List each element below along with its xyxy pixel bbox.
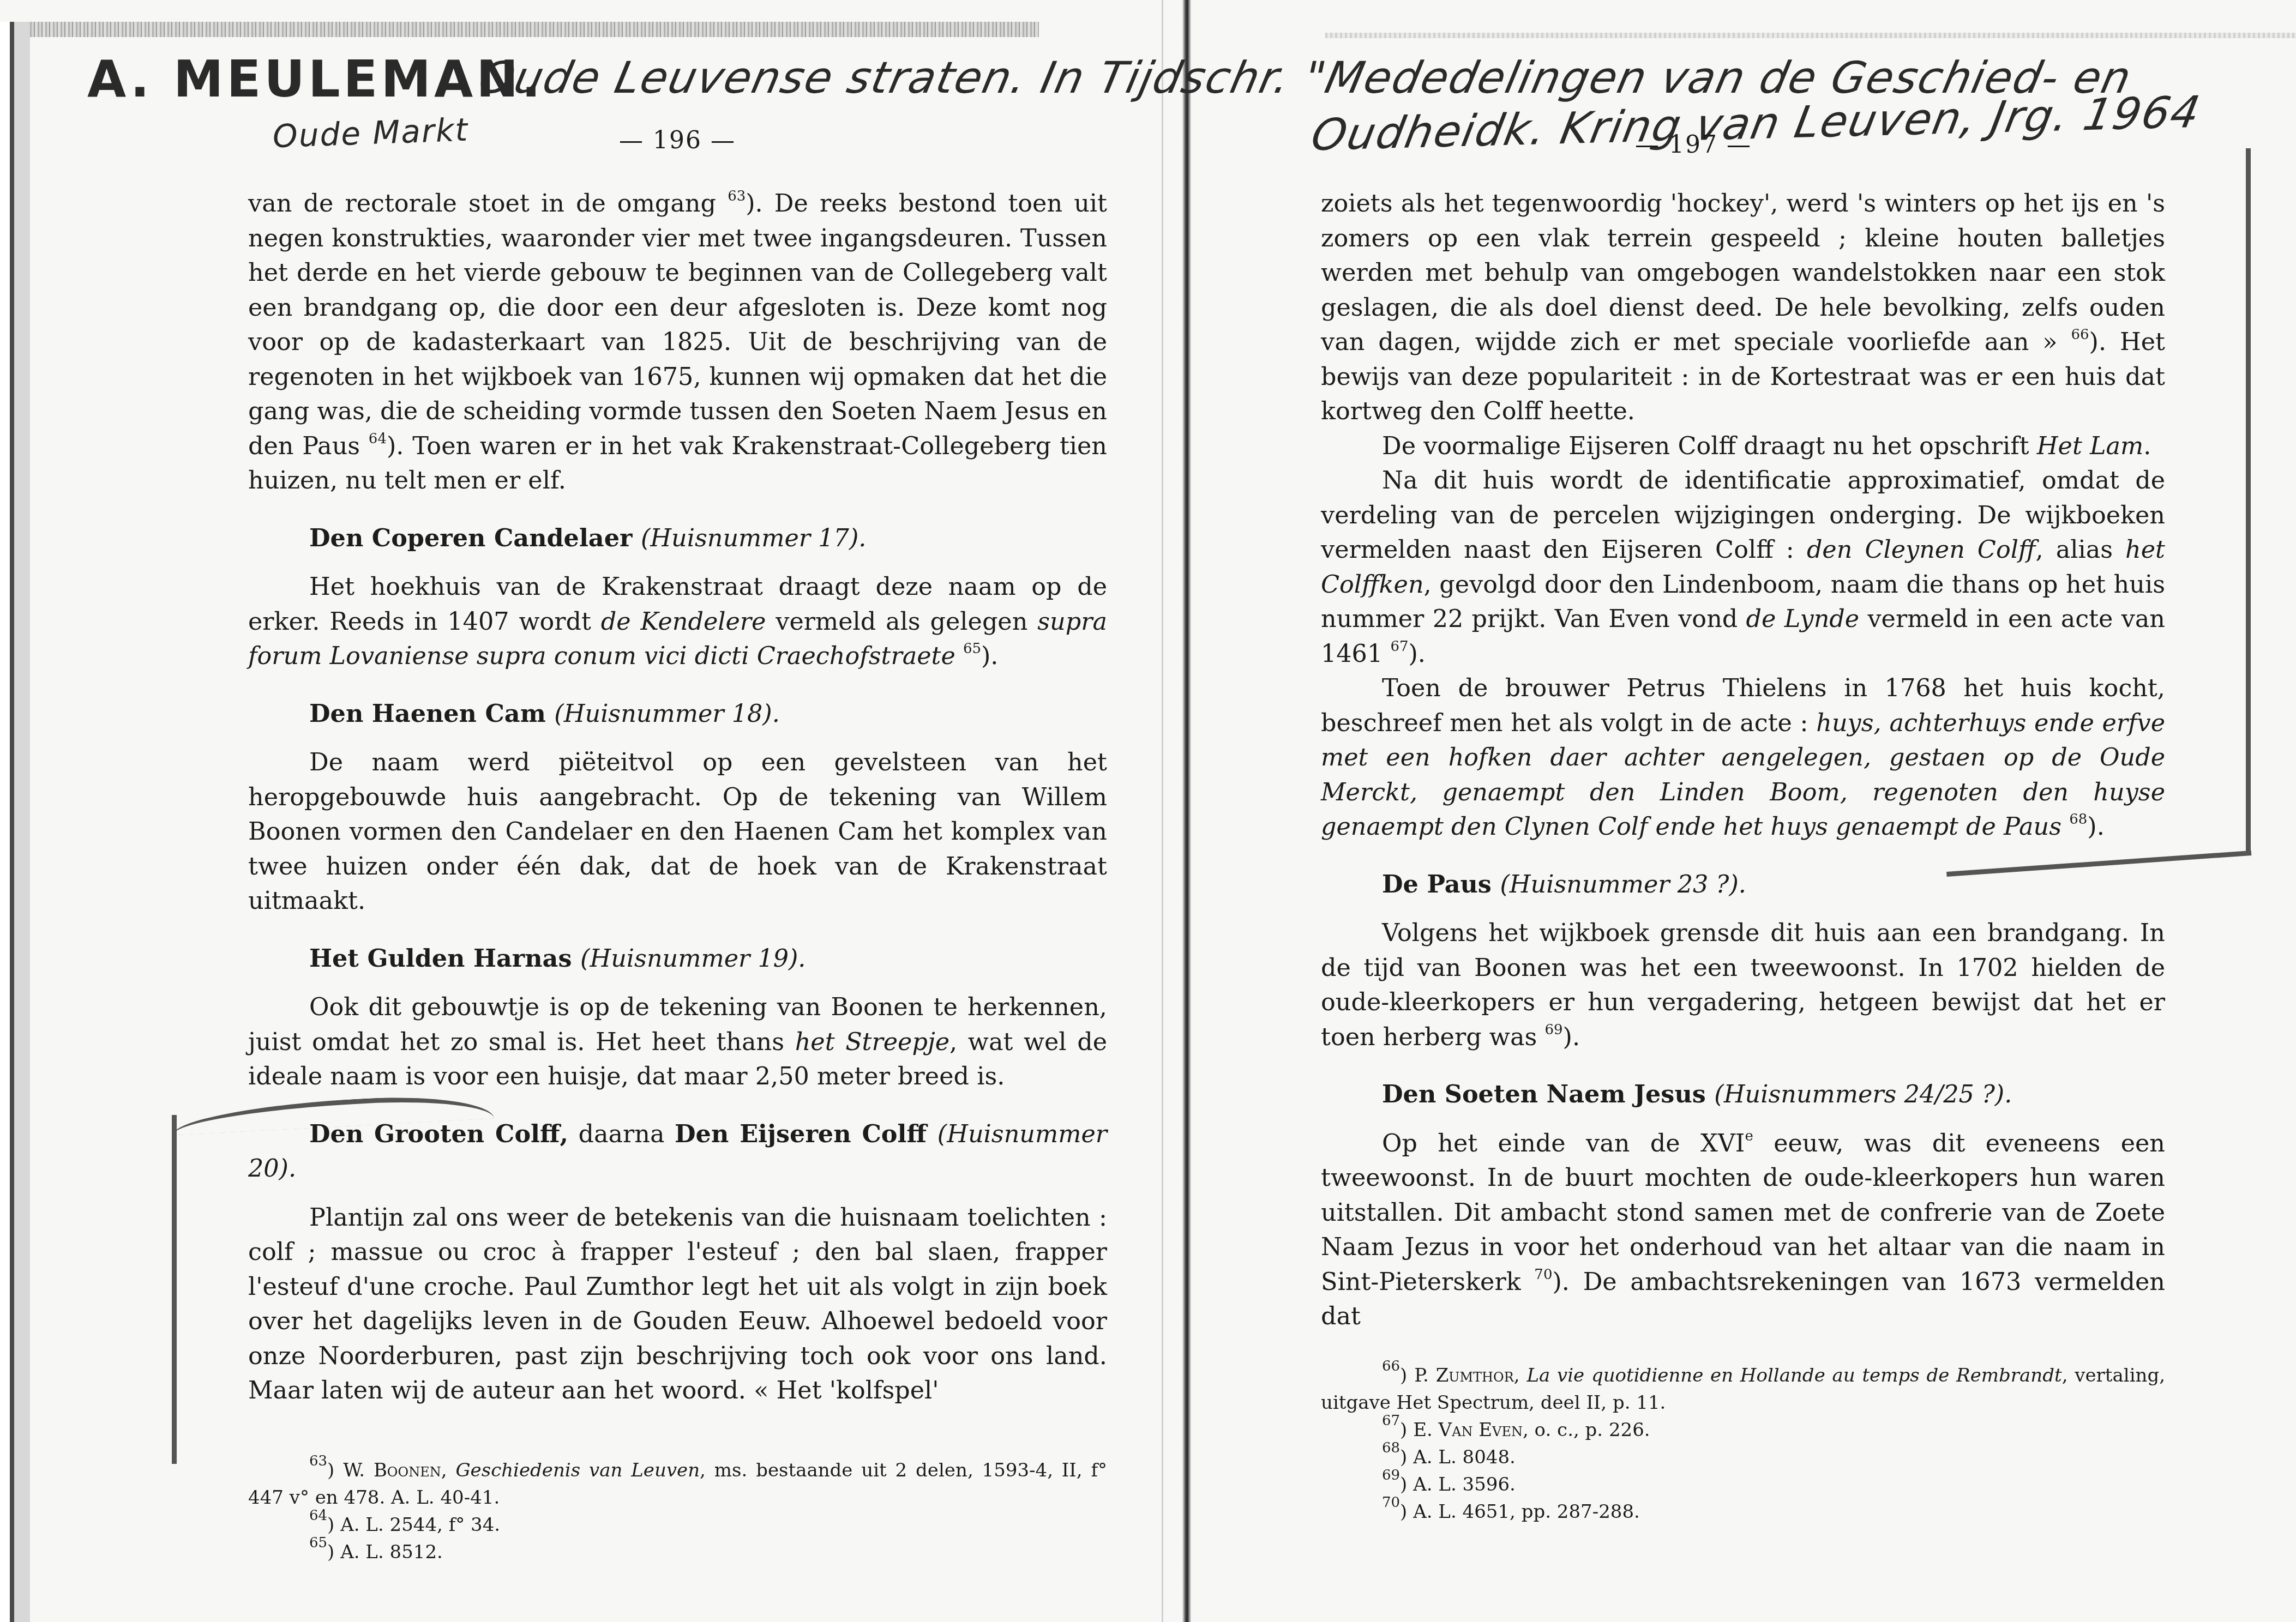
heading-title: Den Coperen Candelaer xyxy=(309,524,632,552)
footnote-author: W. Boonen xyxy=(343,1460,441,1481)
footnote-author: P. Zumthor xyxy=(1414,1365,1514,1386)
heading-title-alt: Den Eijseren Colff xyxy=(675,1120,927,1148)
paragraph-identificatie: Na dit huis wordt de identificatie appro… xyxy=(1321,463,2165,671)
text-run: ). xyxy=(2087,813,2105,841)
text-run: Volgens het wijkboek grensde dit huis aa… xyxy=(1321,919,2165,1051)
text-run: ). xyxy=(1563,1023,1580,1051)
footnote-number: 66 xyxy=(1382,1358,1400,1374)
text-run: Op het einde van de XVI xyxy=(1382,1130,1745,1157)
intro-paragraph: van de rectorale stoet in de omgang 63).… xyxy=(248,186,1107,498)
house-number: (Huisnummer 17). xyxy=(641,524,867,552)
footnote-ref[interactable]: 68 xyxy=(2069,811,2087,828)
handwritten-margin-note: Oude Markt xyxy=(272,111,469,155)
right-page-footnotes: 66) P. Zumthor, La vie quotidienne en Ho… xyxy=(1321,1362,2165,1525)
heading-connector: daarna xyxy=(568,1120,675,1148)
section-paragraph: Plantijn zal ons weer de betekenis van d… xyxy=(248,1201,1107,1408)
footnote-title: Geschiedenis van Leuven xyxy=(455,1460,700,1481)
section-heading-gulden-harnas: Het Gulden Harnas (Huisnummer 19). xyxy=(248,942,1107,976)
text-run: . xyxy=(2143,432,2151,460)
footnote-ref[interactable]: 65 xyxy=(963,641,981,657)
scan-border-top-left xyxy=(30,22,1039,37)
section-heading-grooten-colff: Den Grooten Colff, daarna Den Eijseren C… xyxy=(248,1117,1107,1186)
footnote-69: 69) A. L. 3596. xyxy=(1321,1471,2165,1498)
text-run: , alias xyxy=(2035,536,2125,564)
italic-run: Het Lam xyxy=(2037,432,2143,460)
section-heading-soeten-naem-jesus: Den Soeten Naem Jesus (Huisnummers 24/25… xyxy=(1321,1077,2165,1112)
footnote-number: 69 xyxy=(1382,1467,1400,1484)
footnote-author: E. Van Even xyxy=(1413,1419,1523,1441)
text-run: De voormalige Eijseren Colff draagt nu h… xyxy=(1382,432,2037,460)
footnote-ref[interactable]: 70 xyxy=(1534,1267,1552,1283)
section-paragraph: Het hoekhuis van de Krakenstraat draagt … xyxy=(248,570,1107,674)
footnote-text: A. L. 8048. xyxy=(1413,1446,1516,1468)
intro-paragraph: zoiets als het tegenwoordig 'hockey', we… xyxy=(1321,186,2165,429)
footnote-number: 63 xyxy=(309,1453,327,1469)
section-paragraph: Ook dit gebouwtje is op de tekening van … xyxy=(248,990,1107,1094)
italic-run: den Cleynen Colff xyxy=(1807,536,2036,564)
left-page-body: van de rectorale stoet in de omgang 63).… xyxy=(248,186,1107,1408)
footnote-ref[interactable]: 64 xyxy=(369,431,387,447)
scan-edge-left xyxy=(0,22,30,1622)
heading-title: Het Gulden Harnas xyxy=(309,944,572,973)
century-superscript: e xyxy=(1745,1128,1753,1144)
footnote-65: 65) A. L. 8512. xyxy=(248,1539,1107,1566)
scan-border-top-right xyxy=(1325,33,2296,38)
footnote-text: A. L. 4651, pp. 287-288. xyxy=(1413,1501,1640,1523)
footnote-ref[interactable]: 66 xyxy=(2071,327,2089,343)
footnote-text: A. L. 2544, f° 34. xyxy=(340,1514,500,1536)
heading-title: Den Haenen Cam xyxy=(309,700,546,728)
handdrawn-bracket-vertical-right xyxy=(2246,148,2251,852)
paragraph-thielens: Toen de brouwer Petrus Thielens in 1768 … xyxy=(1321,671,2165,845)
footnote-text: A. L. 3596. xyxy=(1413,1474,1516,1496)
page-number-left: — 196 — xyxy=(619,126,736,154)
section-heading-de-paus: De Paus (Huisnummer 23 ?). xyxy=(1321,867,2165,902)
footnote-68: 68) A. L. 8048. xyxy=(1321,1444,2165,1471)
section-heading-coperen-candelaer: Den Coperen Candelaer (Huisnummer 17). xyxy=(248,521,1107,556)
footnote-number: 65 xyxy=(309,1535,327,1551)
left-page-footnotes: 63) W. Boonen, Geschiedenis van Leuven, … xyxy=(248,1457,1107,1566)
section-paragraph: Volgens het wijkboek grensde dit huis aa… xyxy=(1321,916,2165,1054)
paragraph-het-lam: De voormalige Eijseren Colff draagt nu h… xyxy=(1321,429,2165,464)
footnote-64: 64) A. L. 2544, f° 34. xyxy=(248,1511,1107,1539)
book-gutter xyxy=(1182,0,1191,1622)
right-page-body: zoiets als het tegenwoordig 'hockey', we… xyxy=(1321,186,2165,1334)
text-run: vermeld als gelegen xyxy=(766,608,1037,636)
footnote-number: 64 xyxy=(309,1508,327,1524)
section-paragraph: Op het einde van de XVIe eeuw, was dit e… xyxy=(1321,1126,2165,1334)
footnote-number: 68 xyxy=(1382,1440,1400,1456)
footnote-title: La vie quotidienne en Hollande au temps … xyxy=(1526,1365,2061,1386)
footnote-text: A. L. 8512. xyxy=(340,1541,443,1563)
footnote-ref[interactable]: 63 xyxy=(728,188,746,204)
footnote-67: 67) E. Van Even, o. c., p. 226. xyxy=(1321,1416,2165,1444)
text-run: ). xyxy=(981,642,999,670)
handdrawn-bracket-vertical-left xyxy=(172,1115,177,1464)
footnote-ref[interactable]: 69 xyxy=(1544,1022,1562,1038)
heading-title: De Paus xyxy=(1382,870,1492,899)
italic-run: de Kendelere xyxy=(601,608,766,636)
house-number: (Huisnummer 23 ?). xyxy=(1500,871,1746,899)
text-run: ). xyxy=(1409,640,1426,668)
italic-run: de Lynde xyxy=(1746,605,1860,633)
text-run: zoiets als het tegenwoordig 'hockey', we… xyxy=(1321,190,2165,356)
house-number: (Huisnummer 19). xyxy=(580,945,806,973)
footnote-text: , o. c., p. 226. xyxy=(1523,1419,1650,1441)
page-number-right: — 197 — xyxy=(1635,131,1752,159)
footnote-ref[interactable]: 67 xyxy=(1390,638,1408,655)
heading-title: Den Soeten Naem Jesus xyxy=(1382,1080,1706,1108)
house-number: (Huisnummers 24/25 ?). xyxy=(1714,1081,2012,1108)
italic-run: het Streepje xyxy=(795,1028,949,1056)
section-heading-haenen-cam: Den Haenen Cam (Huisnummer 18). xyxy=(248,697,1107,732)
section-paragraph: De naam werd piëteitvol op een gevelstee… xyxy=(248,745,1107,919)
text-run: ). De reeks bestond toen uit negen konst… xyxy=(248,190,1107,460)
footnote-number: 67 xyxy=(1382,1413,1400,1429)
gutter-shadow xyxy=(1162,0,1163,1622)
footnote-63: 63) W. Boonen, Geschiedenis van Leuven, … xyxy=(248,1457,1107,1511)
footnote-number: 70 xyxy=(1382,1494,1400,1511)
footnote-66: 66) P. Zumthor, La vie quotidienne en Ho… xyxy=(1321,1362,2165,1416)
house-number: (Huisnummer 18). xyxy=(554,700,780,728)
footnote-70: 70) A. L. 4651, pp. 287-288. xyxy=(1321,1498,2165,1525)
text-run: van de rectorale stoet in de omgang xyxy=(248,190,728,218)
